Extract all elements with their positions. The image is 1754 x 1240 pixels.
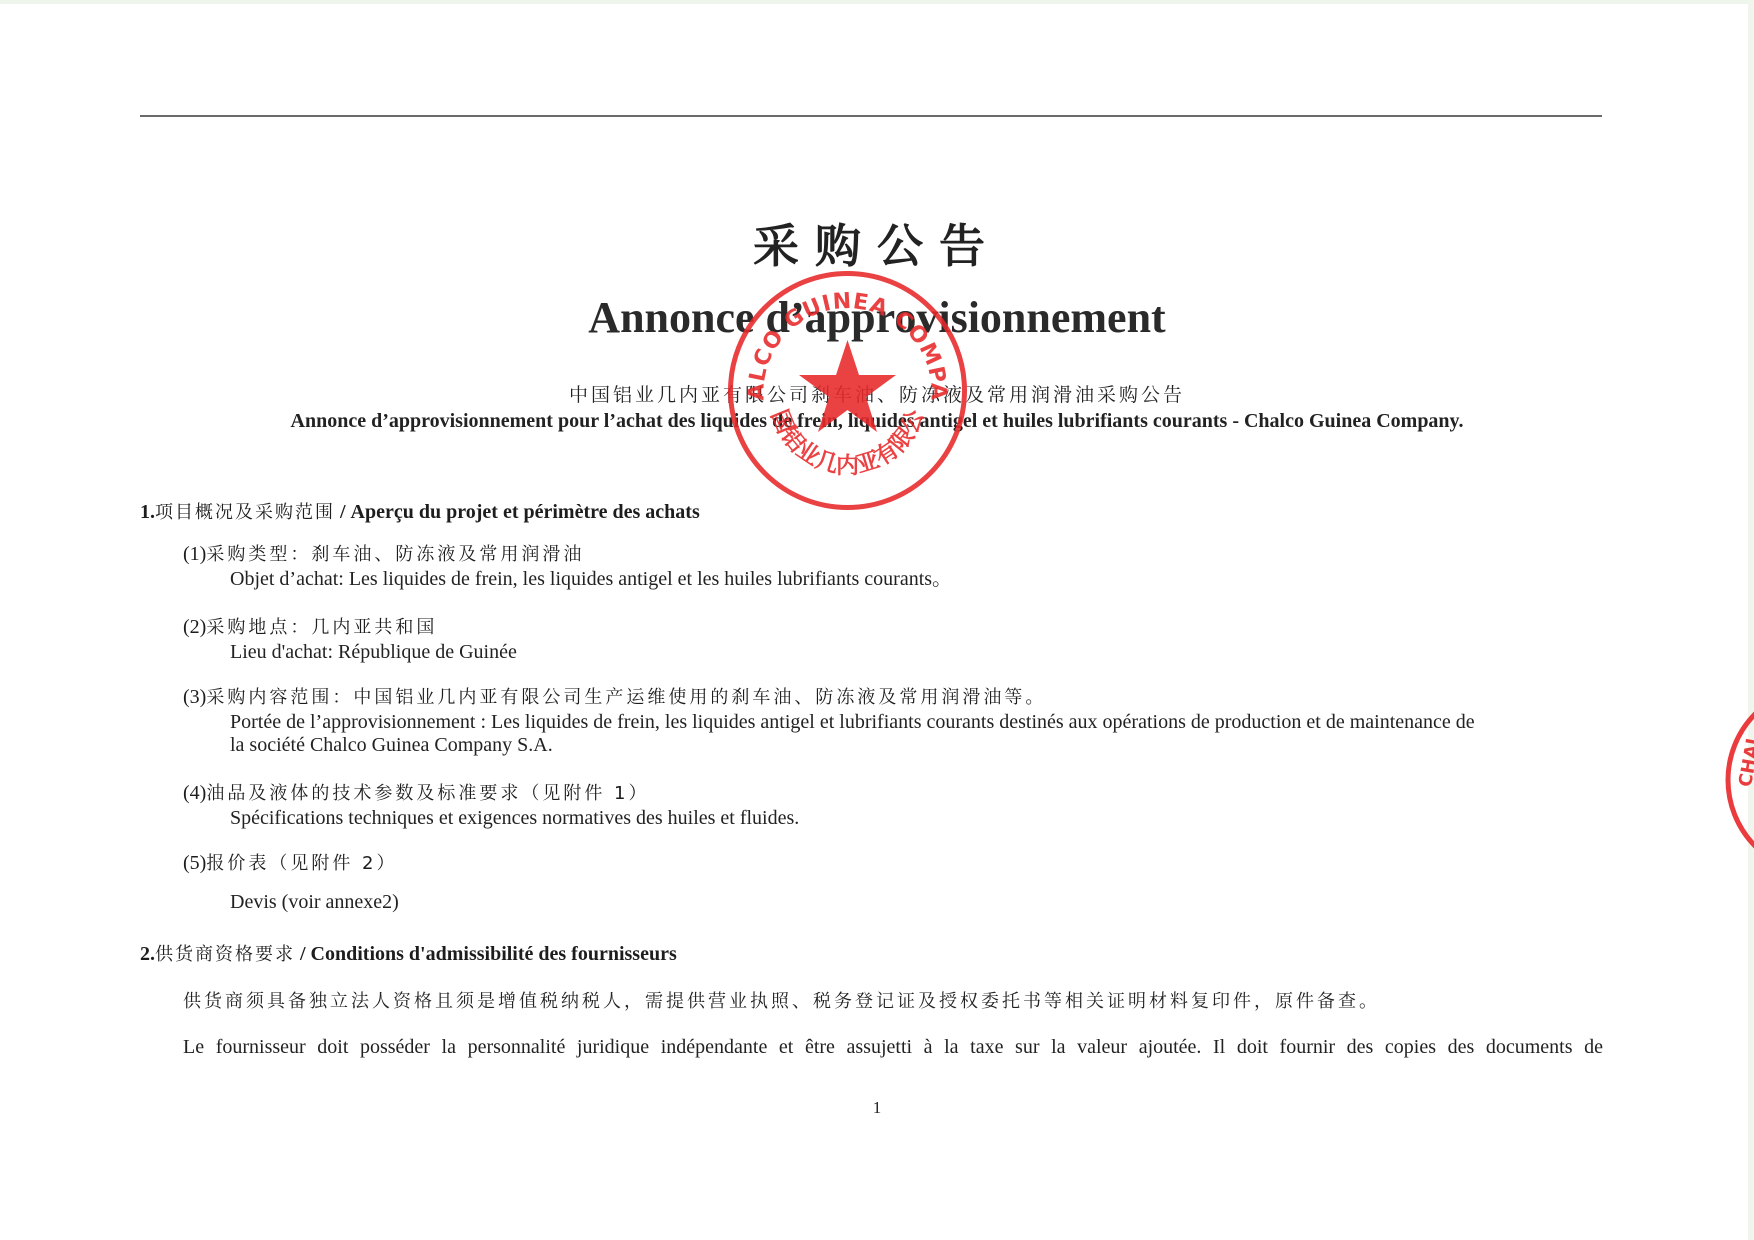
item-text-fr: Objet d’achat: Les liquides de frein, le…: [230, 568, 952, 591]
item-index: (5): [183, 852, 206, 874]
item-text-cn: 报价表（见附件 2）: [206, 853, 397, 874]
list-item-procurement-location: (2)采购地点：几内亚共和国 Lieu d'achat: République …: [183, 614, 517, 664]
item-text-fr: Portée de l’approvisionnement : Les liqu…: [230, 711, 1475, 734]
section-2-heading: 2.供货商资格要求 / Conditions d'admissibilité d…: [140, 940, 677, 966]
supplier-requirements-fr: Le fournisseur doit posséder la personna…: [183, 1036, 1603, 1059]
item-text-cn: 采购类型：刹车油、防冻液及常用润滑油: [206, 544, 584, 565]
list-item-quotation: (5)报价表（见附件 2） Devis (voir annexe2): [183, 850, 399, 914]
list-item-procurement-scope: (3)采购内容范围：中国铝业几内亚有限公司生产运维使用的刹车油、防冻液及常用润滑…: [183, 684, 1475, 757]
item-text-cn: 油品及液体的技术参数及标准要求（见附件 1）: [206, 783, 649, 804]
item-index: (1): [183, 543, 206, 565]
item-text-fr-continued: la société Chalco Guinea Company S.A.: [230, 734, 1475, 757]
item-text-fr: Devis (voir annexe2): [230, 891, 399, 914]
section-heading-fr: / Aperçu du projet et périmètre des acha…: [335, 501, 700, 523]
list-item-technical-specs: (4)油品及液体的技术参数及标准要求（见附件 1） Spécifications…: [183, 780, 799, 830]
item-text-cn: 采购内容范围：中国铝业几内亚有限公司生产运维使用的刹车油、防冻液及常用润滑油等。: [206, 687, 1046, 708]
item-text-fr: Lieu d'achat: République de Guinée: [230, 641, 517, 664]
subtitle-cn: 中国铝业几内亚有限公司刹车油、防冻液及常用润滑油采购公告: [0, 380, 1754, 407]
supplier-requirements-cn: 供货商须具备独立法人资格且须是增值税纳税人，需提供营业执照、税务登记证及授权委托…: [183, 987, 1380, 1013]
item-index: (2): [183, 616, 206, 638]
page-title-fr: Annonce d’approvisionnement: [0, 292, 1754, 343]
page-number: 1: [0, 1098, 1754, 1118]
section-heading-cn: 项目概况及采购范围: [155, 502, 335, 523]
section-heading-fr: / Conditions d'admissibilité des fournis…: [295, 943, 677, 965]
header-rule: [140, 115, 1602, 117]
section-1-heading: 1.项目概况及采购范围 / Aperçu du projet et périmè…: [140, 498, 700, 524]
section-heading-cn: 供货商资格要求: [155, 944, 295, 965]
section-number: 1.: [140, 501, 155, 523]
item-index: (3): [183, 686, 206, 708]
subtitle-fr: Annonce d’approvisionnement pour l’achat…: [0, 410, 1754, 433]
scan-edge-right: [1748, 0, 1754, 1240]
list-item-procurement-type: (1)采购类型：刹车油、防冻液及常用润滑油 Objet d’achat: Les…: [183, 541, 952, 591]
item-index: (4): [183, 782, 206, 804]
scan-edge-top: [0, 0, 1754, 4]
item-text-cn: 采购地点：几内亚共和国: [206, 617, 437, 638]
item-text-fr: Spécifications techniques et exigences n…: [230, 807, 799, 830]
section-number: 2.: [140, 943, 155, 965]
page-title-cn: 采购公告: [0, 210, 1754, 276]
